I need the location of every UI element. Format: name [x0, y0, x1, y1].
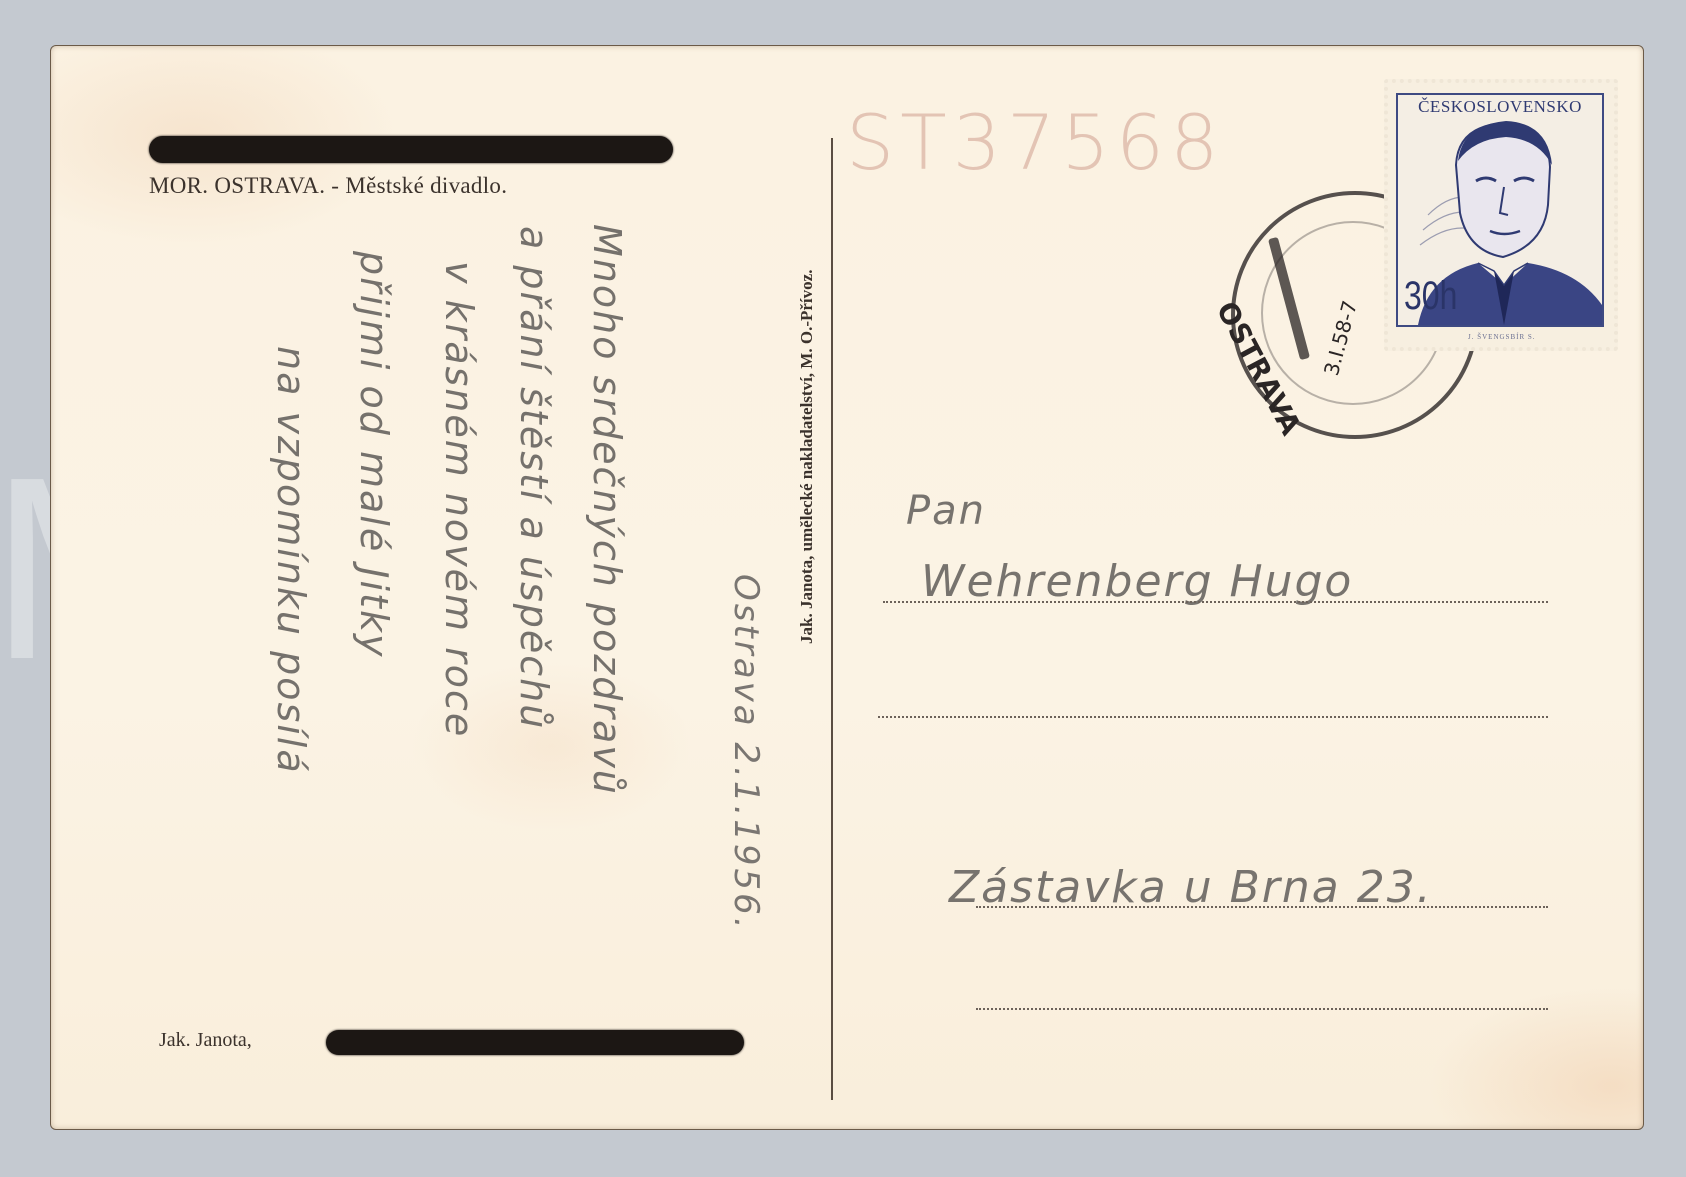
title-place: MOR. OSTRAVA.: [149, 173, 325, 198]
message-line-5: na vzpomínku posílá: [269, 346, 313, 775]
address-line-1: [883, 601, 1548, 603]
address-line-4: [976, 1008, 1548, 1010]
address-line-2: [878, 716, 1548, 718]
stamp-engraver: J. ŠVENGSBÍR S.: [1468, 333, 1536, 341]
postage-stamp: ČESKOSLOVENSKO 30h J. ŠVENGSBÍR S.: [1384, 79, 1618, 351]
publisher-bottom: Jak. Janota,: [159, 1029, 252, 1052]
message-line-1: Mnoho srdečných pozdravů: [585, 224, 629, 796]
title-separator: -: [325, 173, 345, 198]
message-line-4: přijmi od malé Jitky: [352, 251, 396, 658]
card-title: MOR. OSTRAVA. - Městské divadlo.: [149, 173, 507, 199]
publisher-credit: Jak. Janota, umělecké nakladatelství, M.…: [797, 270, 817, 644]
address-salutation: Pan: [906, 488, 986, 534]
title-subject: Městské divadlo.: [345, 173, 507, 198]
inventory-mark: ST37568: [846, 98, 1224, 187]
top-redaction: [149, 136, 673, 163]
message-place-date: Ostrava 2.1.1956.: [726, 574, 766, 932]
stamp-value: 30h: [1404, 274, 1457, 319]
postcard-back: MOR. OSTRAVA. - Městské divadlo. Jak. Ja…: [50, 45, 1644, 1130]
center-divider: [831, 138, 833, 1100]
message-line-3: v krásném novém roce: [437, 261, 481, 738]
address-name: Wehrenberg Hugo: [921, 556, 1353, 607]
stamp-frame: ČESKOSLOVENSKO 30h J. ŠVENGSBÍR S.: [1396, 93, 1604, 327]
bottom-redaction: [326, 1030, 744, 1055]
address-line-3: [976, 906, 1548, 908]
message-line-2: a přání štěstí a úspěchů: [512, 226, 556, 730]
